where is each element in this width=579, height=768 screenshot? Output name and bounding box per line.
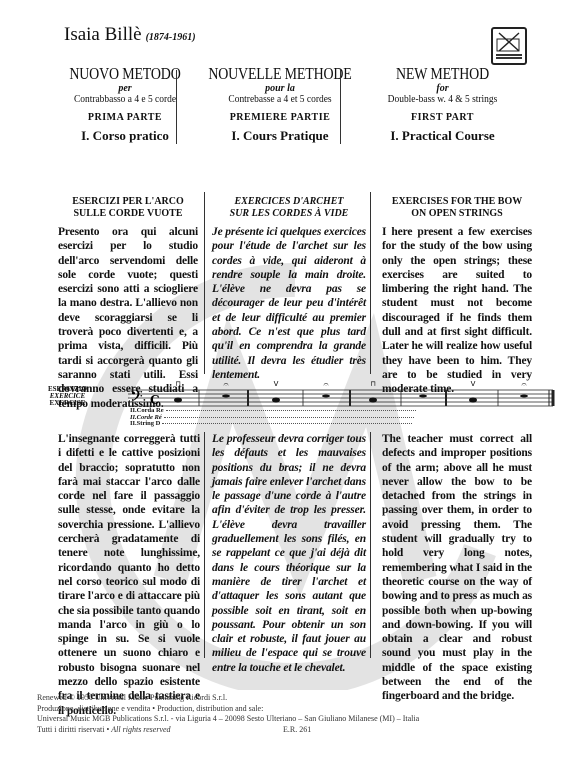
column-divider [370, 432, 371, 658]
svg-text:⊓: ⊓ [370, 380, 375, 388]
instrument: Contrebasse a 4 et 5 cordes [199, 94, 361, 105]
body-english: The teacher must correct all defects and… [382, 432, 532, 704]
intro-french: EXERCICES D'ARCHETSUR LES CORDES À VIDE … [212, 196, 366, 382]
intro-italian: ESERCIZI PER L'ARCOSULLE CORDE VUOTE Pre… [58, 196, 198, 411]
svg-text:V: V [471, 380, 476, 388]
column-divider [340, 70, 341, 144]
preposition: per [50, 84, 200, 94]
body-french: Le professeur devra corriger tous les dé… [212, 432, 366, 675]
rights-line: Tutti i diritti riservati • All rights r… [37, 725, 419, 736]
course-label: I. Cours Pratique [190, 128, 370, 144]
copyright-footer: Renewed © 1950 Universal Music Publishin… [37, 693, 419, 735]
intro-english: EXERCISES FOR THE BOWON OPEN STRINGS I h… [382, 196, 532, 397]
column-divider [176, 70, 177, 144]
section-title: EXERCICES D'ARCHETSUR LES CORDES À VIDE [216, 196, 362, 220]
column-divider [204, 432, 205, 658]
author-line: Isaia Billè(1874-1961) [64, 24, 196, 46]
course-label: I. Practical Course [355, 128, 530, 144]
header-english: NEW METHOD for Double-bass w. 4 & 5 stri… [355, 64, 530, 144]
author-dates: (1874-1961) [146, 32, 196, 43]
author-name: Isaia Billè [64, 24, 142, 45]
copyright-line: Renewed © 1950 Universal Music Publishin… [37, 693, 419, 704]
svg-text:𝄐: 𝄐 [521, 380, 526, 390]
part-label: PRIMA PARTE [50, 112, 200, 123]
string-legend: II.Corda Re II.Corde Ré II.String D [130, 408, 416, 428]
column-divider [204, 192, 205, 374]
part-label: PREMIERE PARTIE [190, 112, 370, 123]
instrument: Double-bass w. 4 & 5 strings [364, 94, 522, 105]
column-divider [370, 192, 371, 374]
method-title: NEW METHOD [371, 64, 515, 84]
header-french: NOUVELLE METHODE pour la Contrebasse a 4… [190, 64, 370, 144]
body-text: The teacher must correct all defects and… [382, 432, 532, 704]
publisher-address: Universal Music MGB Publications S.r.l. … [37, 714, 419, 725]
svg-text:𝄐: 𝄐 [323, 380, 328, 390]
exercise-label: ESERCIZIO EXERCICE EXERCISE [48, 386, 87, 407]
instrument: Contrabbasso a 4 e 5 corde [58, 94, 193, 105]
method-title: NOUVELLE METHODE [206, 64, 354, 84]
body-text: L'insegnante correggerà tutti i difetti … [58, 432, 200, 718]
section-title: EXERCISES FOR THE BOWON OPEN STRINGS [386, 196, 529, 220]
header-italian: NUOVO METODO per Contrabbasso a 4 e 5 co… [50, 64, 200, 144]
svg-text:V: V [274, 380, 279, 388]
course-label: I. Corso pratico [50, 128, 200, 144]
publisher-stamp-icon [491, 27, 527, 65]
section-title: ESERCIZI PER L'ARCOSULLE CORDE VUOTE [62, 196, 195, 220]
svg-text:C: C [150, 393, 160, 407]
plate-number: E.R. 261 [283, 725, 311, 736]
intro-text: Je présente ici quelques exercices pour … [212, 225, 366, 382]
svg-text:𝄐: 𝄐 [223, 380, 228, 390]
distribution-line: Produzione, distribuzione e vendita • Pr… [37, 704, 419, 715]
body-text: Le professeur devra corriger tous les dé… [212, 432, 366, 675]
svg-text:⊓: ⊓ [175, 380, 180, 388]
preposition: pour la [190, 84, 370, 94]
body-italian: L'insegnante correggerà tutti i difetti … [58, 432, 200, 718]
method-title: NUOVO METODO [64, 64, 187, 84]
part-label: FIRST PART [355, 112, 530, 123]
intro-text: I here present a few exercises for the s… [382, 225, 532, 397]
music-staff: 𝄢 C ⊓V⊓V 𝄐𝄐𝄐 [128, 380, 558, 410]
preposition: for [355, 84, 530, 94]
